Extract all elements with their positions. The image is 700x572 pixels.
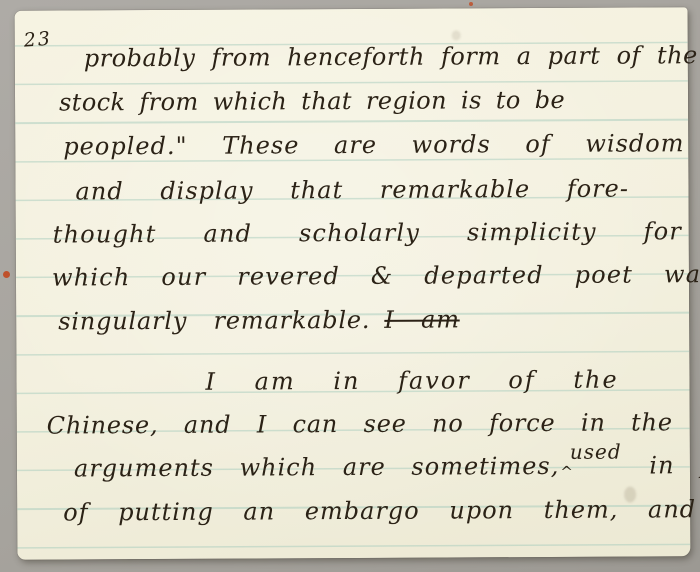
manuscript-line: stock from which that region is to be — [59, 85, 565, 118]
manuscript-line: which our revered & departed poet was — [52, 259, 700, 292]
line-text: of putting an embargo upon them, and — [63, 495, 696, 526]
struck-out-text: I am — [384, 305, 460, 333]
manuscript-line: thought and scholarly simplicity for — [53, 216, 682, 249]
line-text: singularly remarkable. — [58, 306, 370, 336]
photo-background: 23 probably from henceforth form a part … — [0, 0, 700, 572]
manuscript-line: peopled." These are words of wisdom — [63, 128, 684, 161]
red-speck — [3, 271, 10, 278]
line-text: peopled." These are words of wisdom — [63, 129, 684, 160]
line-text: probably from henceforth form a part of … — [84, 41, 698, 72]
line-text: I am in favor of the — [205, 366, 618, 396]
manuscript-line: I am in favor of the — [205, 365, 618, 397]
manuscript-page: 23 probably from henceforth form a part … — [15, 7, 691, 560]
manuscript-line: arguments which are sometimes,^used in f… — [74, 450, 700, 487]
inserted-word: used — [570, 437, 622, 467]
line-text: stock from which that region is to be — [59, 86, 565, 117]
ink-smudge — [452, 30, 461, 40]
manuscript-line: of putting an embargo upon them, and — [63, 494, 696, 527]
line-text: arguments which are sometimes, — [74, 452, 560, 483]
line-text: and display that remarkable fore- — [75, 175, 629, 206]
manuscript-line: singularly remarkable.I am — [58, 304, 460, 336]
page-number: 23 — [23, 24, 53, 56]
line-text: thought and scholarly simplicity for — [53, 217, 682, 248]
manuscript-line: Chinese, and I can see no force in the — [47, 407, 673, 440]
line-text: in favor — [649, 451, 700, 480]
line-text: Chinese, and I can see no force in the — [47, 408, 673, 439]
manuscript-line: and display that remarkable fore- — [75, 174, 629, 207]
line-text: which our revered & departed poet was — [52, 260, 700, 291]
manuscript-line: probably from henceforth form a part of … — [84, 40, 698, 73]
red-speck — [469, 2, 473, 6]
inline-insertion: ^used — [559, 452, 624, 480]
